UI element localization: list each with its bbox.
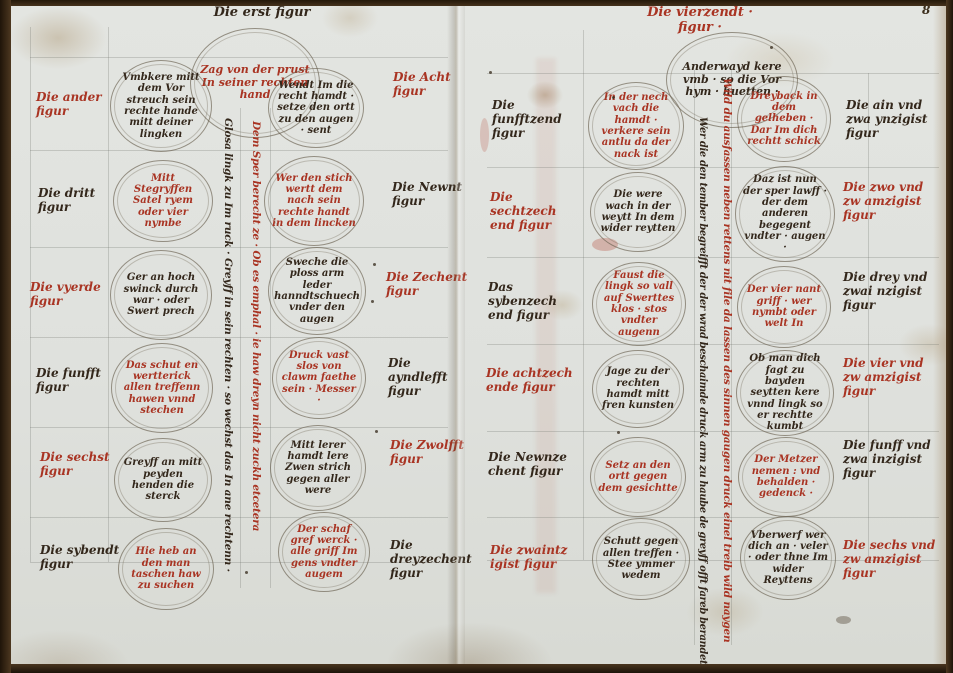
figure-label-13: Die dreyzechent figur: [390, 538, 480, 580]
figure-circle-26: Vberwerf wer dich an · veler · oder thne…: [740, 516, 836, 600]
vertical-gloss-text: Glosa lingk zu Im ruck · Greyff in sein …: [222, 118, 234, 572]
figure-circle-20: Schutt gegen allen treffen · Stee ymmer …: [592, 518, 690, 600]
figure-label-19: Die Newnze chent figur: [488, 450, 576, 478]
figure-label-16: Die sechtzech end figur: [490, 190, 578, 232]
ink-speck: [373, 263, 376, 266]
vertical-gloss-text: Dem Sper berecht ze · Ob es emphal · ie …: [250, 121, 262, 531]
figure-label-24: Die vier vnd zw amzigist figur: [843, 356, 939, 398]
figure-circle-18: Jage zu der rechten hamdt mitt fren kuns…: [592, 350, 684, 428]
figure-label-2: Die ander figur: [36, 90, 112, 118]
ruling-line: [694, 70, 695, 645]
figure-circle-13: Der schaf gref werck · alle griff Im gen…: [278, 512, 370, 592]
photo-border-bottom: [0, 664, 953, 673]
figure-circle-3: Mitt Stegryffen Satel ryem oder vier nym…: [113, 160, 213, 242]
figure-circle-25: Der Metzer nemen : vnd behalden · gedenc…: [738, 437, 834, 517]
figure-label-8: Die Acht figur: [393, 70, 478, 98]
figure-circle-23: Der vier nant griff · wer nymbt oder wel…: [737, 266, 831, 348]
vertical-gloss-red-right: Wild du ausfassen neben rettens nit file…: [733, 72, 953, 91]
ink-speck: [612, 96, 615, 99]
ruling-line: [487, 517, 939, 518]
figure-label-17: Das sybenzech end figur: [488, 280, 576, 322]
figure-circle-17: Faust die lingk so vall auf Swerttes klo…: [592, 262, 686, 346]
photo-border-left: [0, 0, 11, 673]
figure-label-15: Die funfftzend figur: [492, 98, 580, 140]
figure-circle-10: Sweche die ploss arm leder hanndtschuech…: [268, 247, 366, 335]
ruling-line: [30, 150, 448, 151]
figure-label-23: Die drey vnd zwai nzigist figur: [843, 270, 939, 312]
figure-circle-4: Ger an hoch swinck durch war · oder Swer…: [110, 250, 212, 340]
ruling-line: [487, 257, 939, 258]
figure-label-4: Die vyerde figur: [30, 280, 106, 308]
ink-speck: [245, 571, 248, 574]
ruling-line: [30, 337, 448, 338]
figure-label-5: Die funfft figur: [36, 366, 112, 394]
manuscript-photo: Die erst figur Zag von der prust In sein…: [0, 0, 953, 673]
figure-circle-15: In der nech vach die hamdt · verkere sei…: [588, 82, 684, 170]
figure-circle-12: Mitt lerer hamdt lere Zwen strich gegen …: [270, 425, 366, 511]
photo-border-right: [946, 0, 953, 673]
figure-circle-24: Ob man dich fagt zu bayden seytten kere …: [736, 350, 834, 436]
ruling-line: [30, 517, 448, 518]
ruling-line: [487, 167, 939, 168]
vertical-gloss-text: Wild du ausfassen neben rettens nit file…: [721, 78, 733, 642]
figure-label-26: Die sechs vnd zw amzigist figur: [843, 538, 939, 580]
photo-border-top: [0, 0, 953, 6]
figure-label-18: Die achtzech ende figur: [486, 366, 574, 394]
ruling-line: [30, 247, 448, 248]
figure-circle-8: Wendt Im die recht hamdt · setze den ort…: [268, 68, 364, 148]
ink-speck: [770, 46, 773, 49]
ink-speck: [617, 431, 620, 434]
vertical-gloss-text: Wer die den tember begreifft der der wra…: [697, 117, 708, 668]
page-edge-shading: [933, 6, 946, 664]
figure-label-6: Die sechst figur: [40, 450, 116, 478]
figure-label-22: Die zwo vnd zw amzigist figur: [843, 180, 939, 222]
figure-label-25: Die funff vnd zwa inzigist figur: [843, 438, 939, 480]
figure-circle-6: Greyff an mitt peyden henden die sterck: [114, 438, 212, 522]
ink-speck: [375, 430, 378, 433]
vertical-gloss-black-right: Wer die den tember begreifft der der wra…: [708, 110, 953, 129]
ruling-line: [583, 30, 584, 560]
figure-circle-9: Wer den stich wertt dem nach sein rechte…: [264, 156, 364, 246]
figure-circle-11: Druck vast slos von clawm faethe sein · …: [272, 337, 366, 419]
page-header-right: Die vierzendt · figur ·: [640, 6, 760, 36]
figure-circle-22: Daz ist nun der sper lawff · der dem and…: [735, 166, 835, 262]
ink-speck: [489, 71, 492, 74]
ruling-line: [868, 73, 869, 560]
ruling-line: [30, 427, 448, 428]
book-gutter: [447, 0, 465, 673]
page-header-left: Die erst figur: [192, 6, 332, 21]
figure-label-7: Die sybendt figur: [40, 543, 120, 571]
figure-circle-5: Das schut en wertterick allen treffenn h…: [111, 343, 213, 433]
figure-circle-16: Die were wach in der weytt In dem wider …: [590, 172, 686, 252]
ruling-line: [487, 344, 939, 345]
figure-label-3: Die dritt figur: [38, 186, 114, 214]
figure-label-20: Die zwaintz igist figur: [490, 543, 578, 571]
ruling-line: [240, 108, 241, 588]
figure-circle-19: Setz an den ortt gegen dem gesichtte: [590, 437, 686, 517]
figure-circle-7: Hie heb an den man taschen haw zu suchen: [118, 528, 214, 610]
ink-smudge: [836, 616, 851, 624]
ink-speck: [371, 300, 374, 303]
ruling-line: [487, 431, 939, 432]
figure-circle-2: Vmbkere mitt dem Vor streuch sein rechte…: [110, 60, 212, 152]
